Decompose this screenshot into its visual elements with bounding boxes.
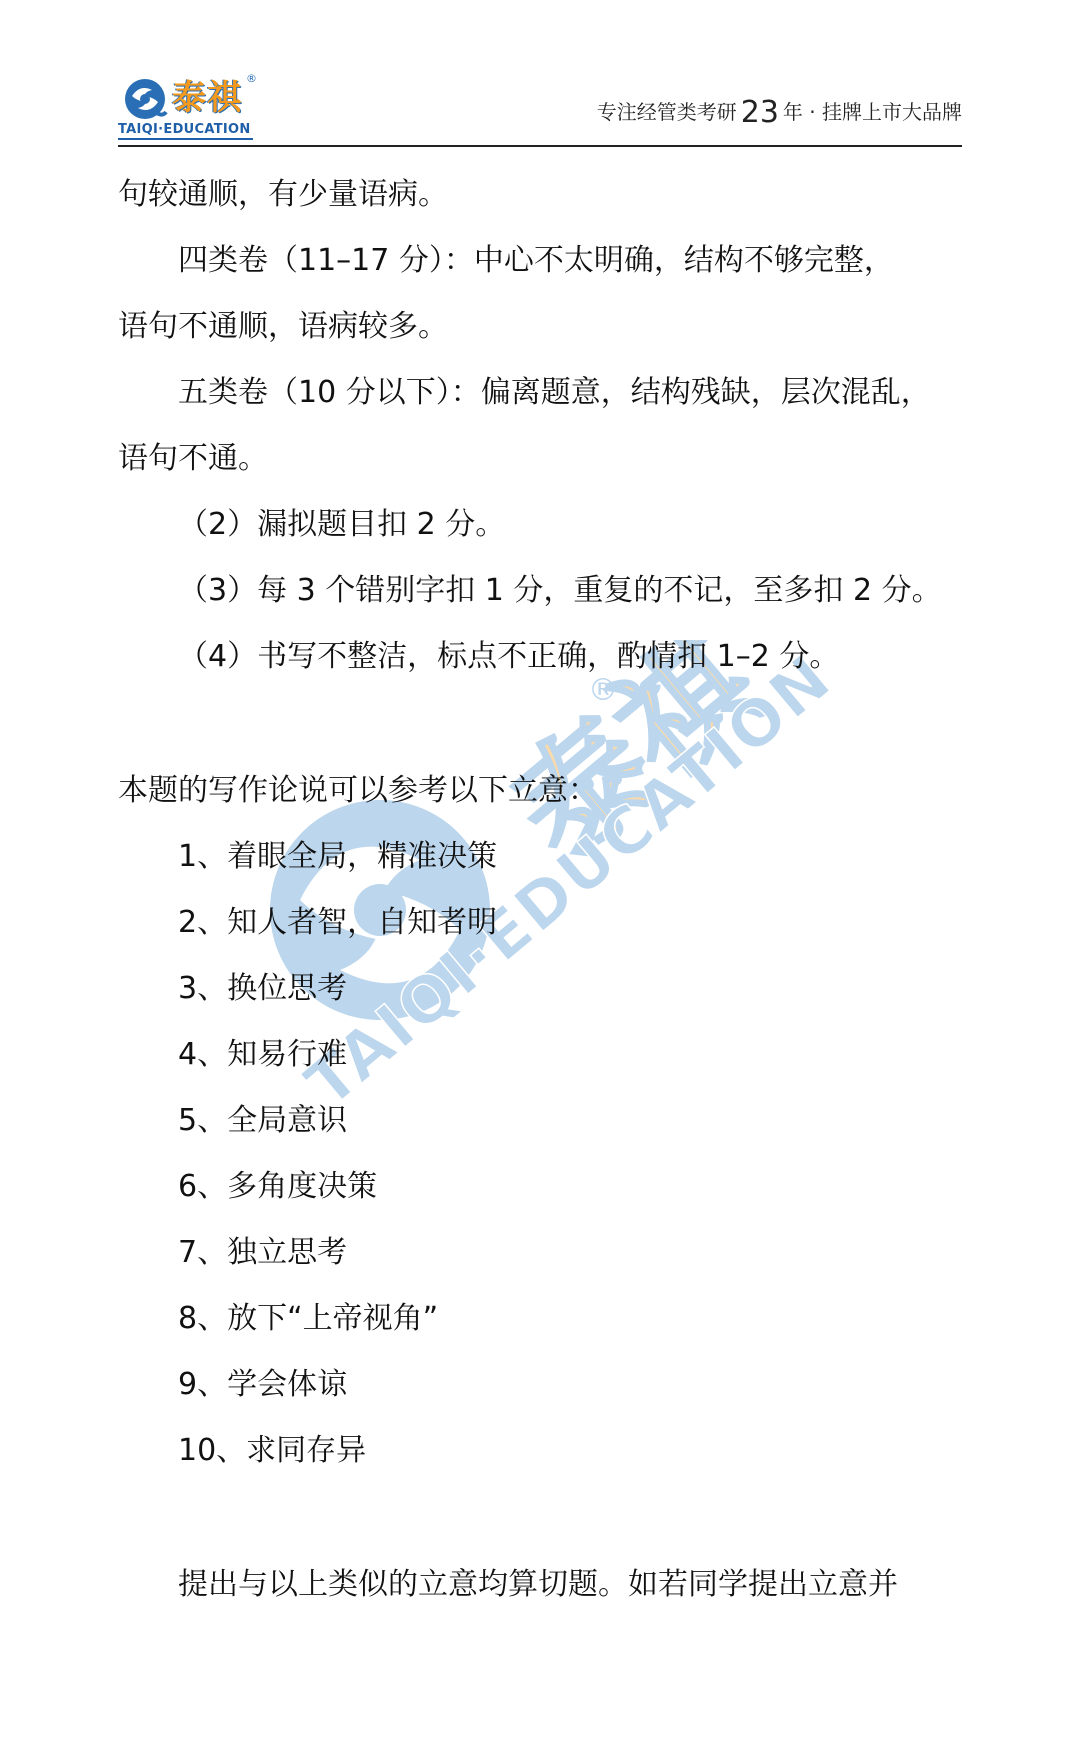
- idea-item: 4、知易行难: [178, 1035, 347, 1075]
- text-line: （4）书写不整洁，标点不正确，酌情扣 1–2 分。: [178, 637, 839, 677]
- idea-item: 10、求同存异: [178, 1431, 366, 1471]
- idea-item: 3、换位思考: [178, 969, 347, 1009]
- logo-english-text: TAIQI·EDUCATION: [118, 122, 253, 140]
- idea-item: 8、放下“上帝视角”: [178, 1299, 438, 1339]
- logo-chinese-text: 泰祺: [172, 78, 242, 118]
- text-line: （3）每 3 个错别字扣 1 分，重复的不记，至多扣 2 分。: [178, 571, 942, 611]
- text-line: 五类卷（10 分以下）：偏离题意，结构残缺，层次混乱，: [178, 373, 931, 413]
- watermark-chinese: 泰祺: [487, 640, 786, 890]
- taiqi-logo: 泰祺 ® TAIQI·EDUCATION: [118, 72, 268, 144]
- text-line: 四类卷（11–17 分）：中心不太明确，结构不够完整，: [178, 241, 894, 281]
- idea-item: 2、知人者智，自知者明: [178, 903, 497, 943]
- text-line: 句较通顺，有少量语病。: [118, 175, 448, 215]
- closing-text: 提出与以上类似的立意均算切题。如若同学提出立意并: [178, 1565, 898, 1605]
- tagline-suffix: 年 · 挂牌上市大品牌: [783, 100, 962, 124]
- tagline-prefix: 专注经管类考研: [597, 100, 737, 124]
- header-divider: [118, 145, 962, 147]
- header-tagline: 专注经管类考研23年 · 挂牌上市大品牌: [597, 97, 962, 128]
- text-line: 语句不通顺，语病较多。: [118, 307, 448, 347]
- idea-item: 7、独立思考: [178, 1233, 347, 1273]
- text-line: （2）漏拟题目扣 2 分。: [178, 505, 505, 545]
- document-page: 泰祺 ® TAIQI·EDUCATION 专注经管类考研23年 · 挂牌上市大品…: [0, 0, 1080, 1760]
- idea-item: 6、多角度决策: [178, 1167, 377, 1207]
- tagline-years: 23: [741, 95, 779, 130]
- ideas-intro: 本题的写作论说可以参考以下立意：: [118, 771, 598, 811]
- taiqi-swirl-icon: [122, 76, 168, 122]
- text-line: 语句不通。: [118, 439, 268, 479]
- idea-item: 1、着眼全局，精准决策: [178, 837, 497, 877]
- registered-mark: ®: [246, 72, 257, 85]
- idea-item: 9、学会体谅: [178, 1365, 347, 1405]
- svg-text:®: ®: [588, 673, 618, 708]
- watermark-english: TAIQI·EDUCATION: [293, 641, 846, 1122]
- idea-item: 5、全局意识: [178, 1101, 347, 1141]
